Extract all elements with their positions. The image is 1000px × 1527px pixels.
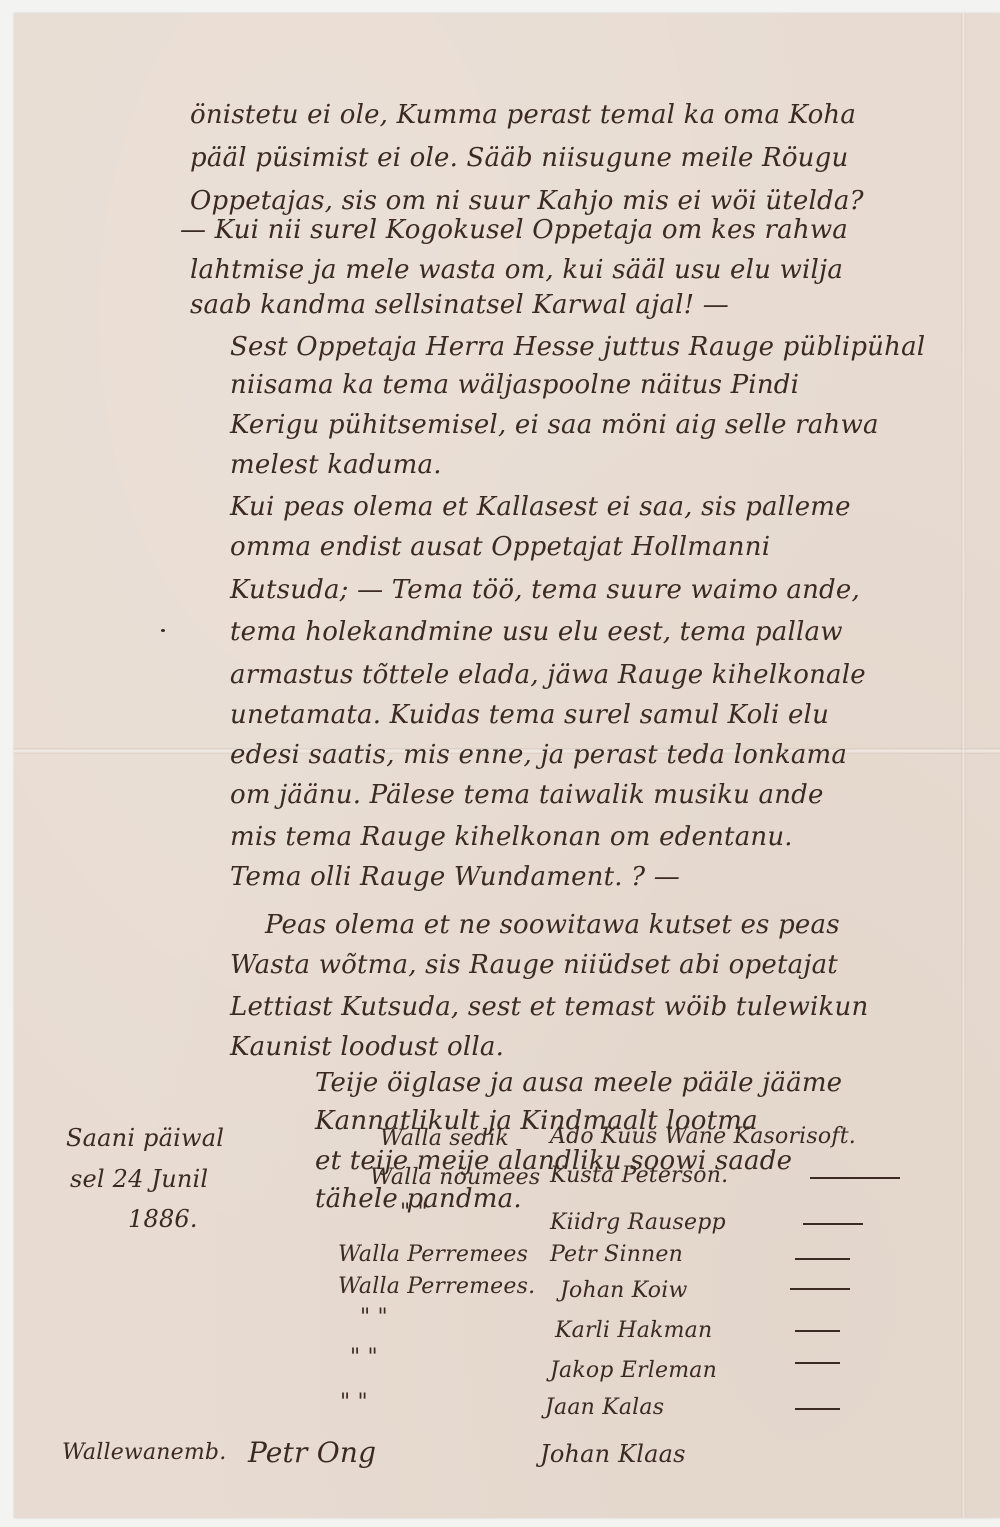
signature-dash	[795, 1258, 850, 1260]
body-line: Kerigu pühitsemisel, ei saa möni aig sel…	[230, 410, 879, 440]
signature-dash	[790, 1288, 850, 1290]
body-line: edesi saatis, mis enne, ja perast teda l…	[230, 740, 847, 770]
body-line: pääl püsimist ei ole. Sääb niisugune mei…	[190, 143, 848, 173]
closing-line: Teije öiglase ja ausa meele pääle jääme	[315, 1068, 842, 1098]
date-line: 1886.	[128, 1205, 198, 1233]
ditto-mark: " "	[400, 1200, 428, 1225]
body-line: Sest Oppetaja Herra Hesse juttus Rauge p…	[230, 332, 925, 362]
signatory-title: Walla Perremees.	[338, 1274, 535, 1299]
body-line: Kui peas olema et Kallasest ei saa, sis …	[230, 492, 851, 522]
signatory-name: Petr Sinnen	[550, 1242, 683, 1267]
body-line: Lettiast Kutsuda, sest et temast wöib tu…	[230, 992, 868, 1022]
signatory-name: Johan Klaas	[540, 1440, 686, 1468]
body-line: Wasta wõtma, sis Rauge niiüdset abi opet…	[230, 950, 838, 980]
ditto-mark: " "	[340, 1390, 368, 1415]
signatory-name: Kusta Peterson.	[550, 1163, 728, 1188]
body-line: saab kandma sellsinatsel Karwal ajal! —	[190, 290, 729, 320]
body-line: armastus tõttele elada, jäwa Rauge kihel…	[230, 660, 866, 690]
body-line: Kaunist loodust olla.	[230, 1032, 504, 1062]
signatory-name: Jakop Erleman	[550, 1358, 717, 1383]
ink-speck	[161, 629, 165, 632]
body-line: tema holekandmine usu elu eest, tema pal…	[230, 617, 843, 647]
elder-title: Wallewanemb.	[62, 1440, 226, 1465]
elder-name: Petr Ong	[248, 1436, 376, 1469]
ditto-mark: " "	[360, 1305, 388, 1330]
body-line: Peas olema et ne soowitawa kutset es pea…	[265, 910, 840, 940]
signatory-name: Jaan Kalas	[545, 1395, 664, 1420]
ditto-mark: " "	[350, 1345, 378, 1370]
date-line: sel 24 Junil	[70, 1165, 208, 1193]
body-line: melest kaduma.	[230, 450, 442, 480]
body-line: lahtmise ja mele wasta om, kui sääl usu …	[190, 255, 843, 285]
body-line: niisama ka tema wäljaspoolne näitus Pind…	[230, 370, 799, 400]
signature-dash	[795, 1330, 840, 1332]
body-line: — Kui nii surel Kogokusel Oppetaja om ke…	[180, 215, 848, 245]
signatory-name: Johan Koiw	[560, 1278, 687, 1303]
body-line: om jäänu. Pälese tema taiwalik musiku an…	[230, 780, 824, 810]
body-line: mis tema Rauge kihelkonan om edentanu.	[230, 822, 793, 852]
signatory-title: Walla sedik	[380, 1126, 509, 1151]
vertical-fold-crease	[961, 13, 966, 1518]
body-line: omma endist ausat Oppetajat Hollmanni	[230, 532, 770, 562]
signatory-name: Ado Kuus Wane Kasorisoft.	[550, 1124, 856, 1149]
signature-dash	[795, 1408, 840, 1410]
body-line: Tema olli Rauge Wundament. ? —	[230, 862, 680, 892]
body-line: Kutsuda; — Tema töö, tema suure waimo an…	[230, 575, 860, 605]
body-line: unetamata. Kuidas tema surel samul Koli …	[230, 700, 829, 730]
signature-dash	[803, 1223, 863, 1225]
body-line: Oppetajas, sis om ni suur Kahjo mis ei w…	[190, 186, 864, 216]
signatory-name: Kiidrg Rausepp	[550, 1210, 726, 1235]
body-line: önistetu ei ole, Kumma perast temal ka o…	[190, 100, 856, 130]
date-line: Saani päiwal	[66, 1124, 224, 1152]
signatory-title: Walla nõumees	[370, 1165, 540, 1190]
signature-dash	[810, 1177, 900, 1179]
signatory-title: Walla Perremees	[338, 1242, 528, 1267]
signatory-name: Karli Hakman	[555, 1318, 712, 1343]
signature-dash	[795, 1362, 840, 1364]
